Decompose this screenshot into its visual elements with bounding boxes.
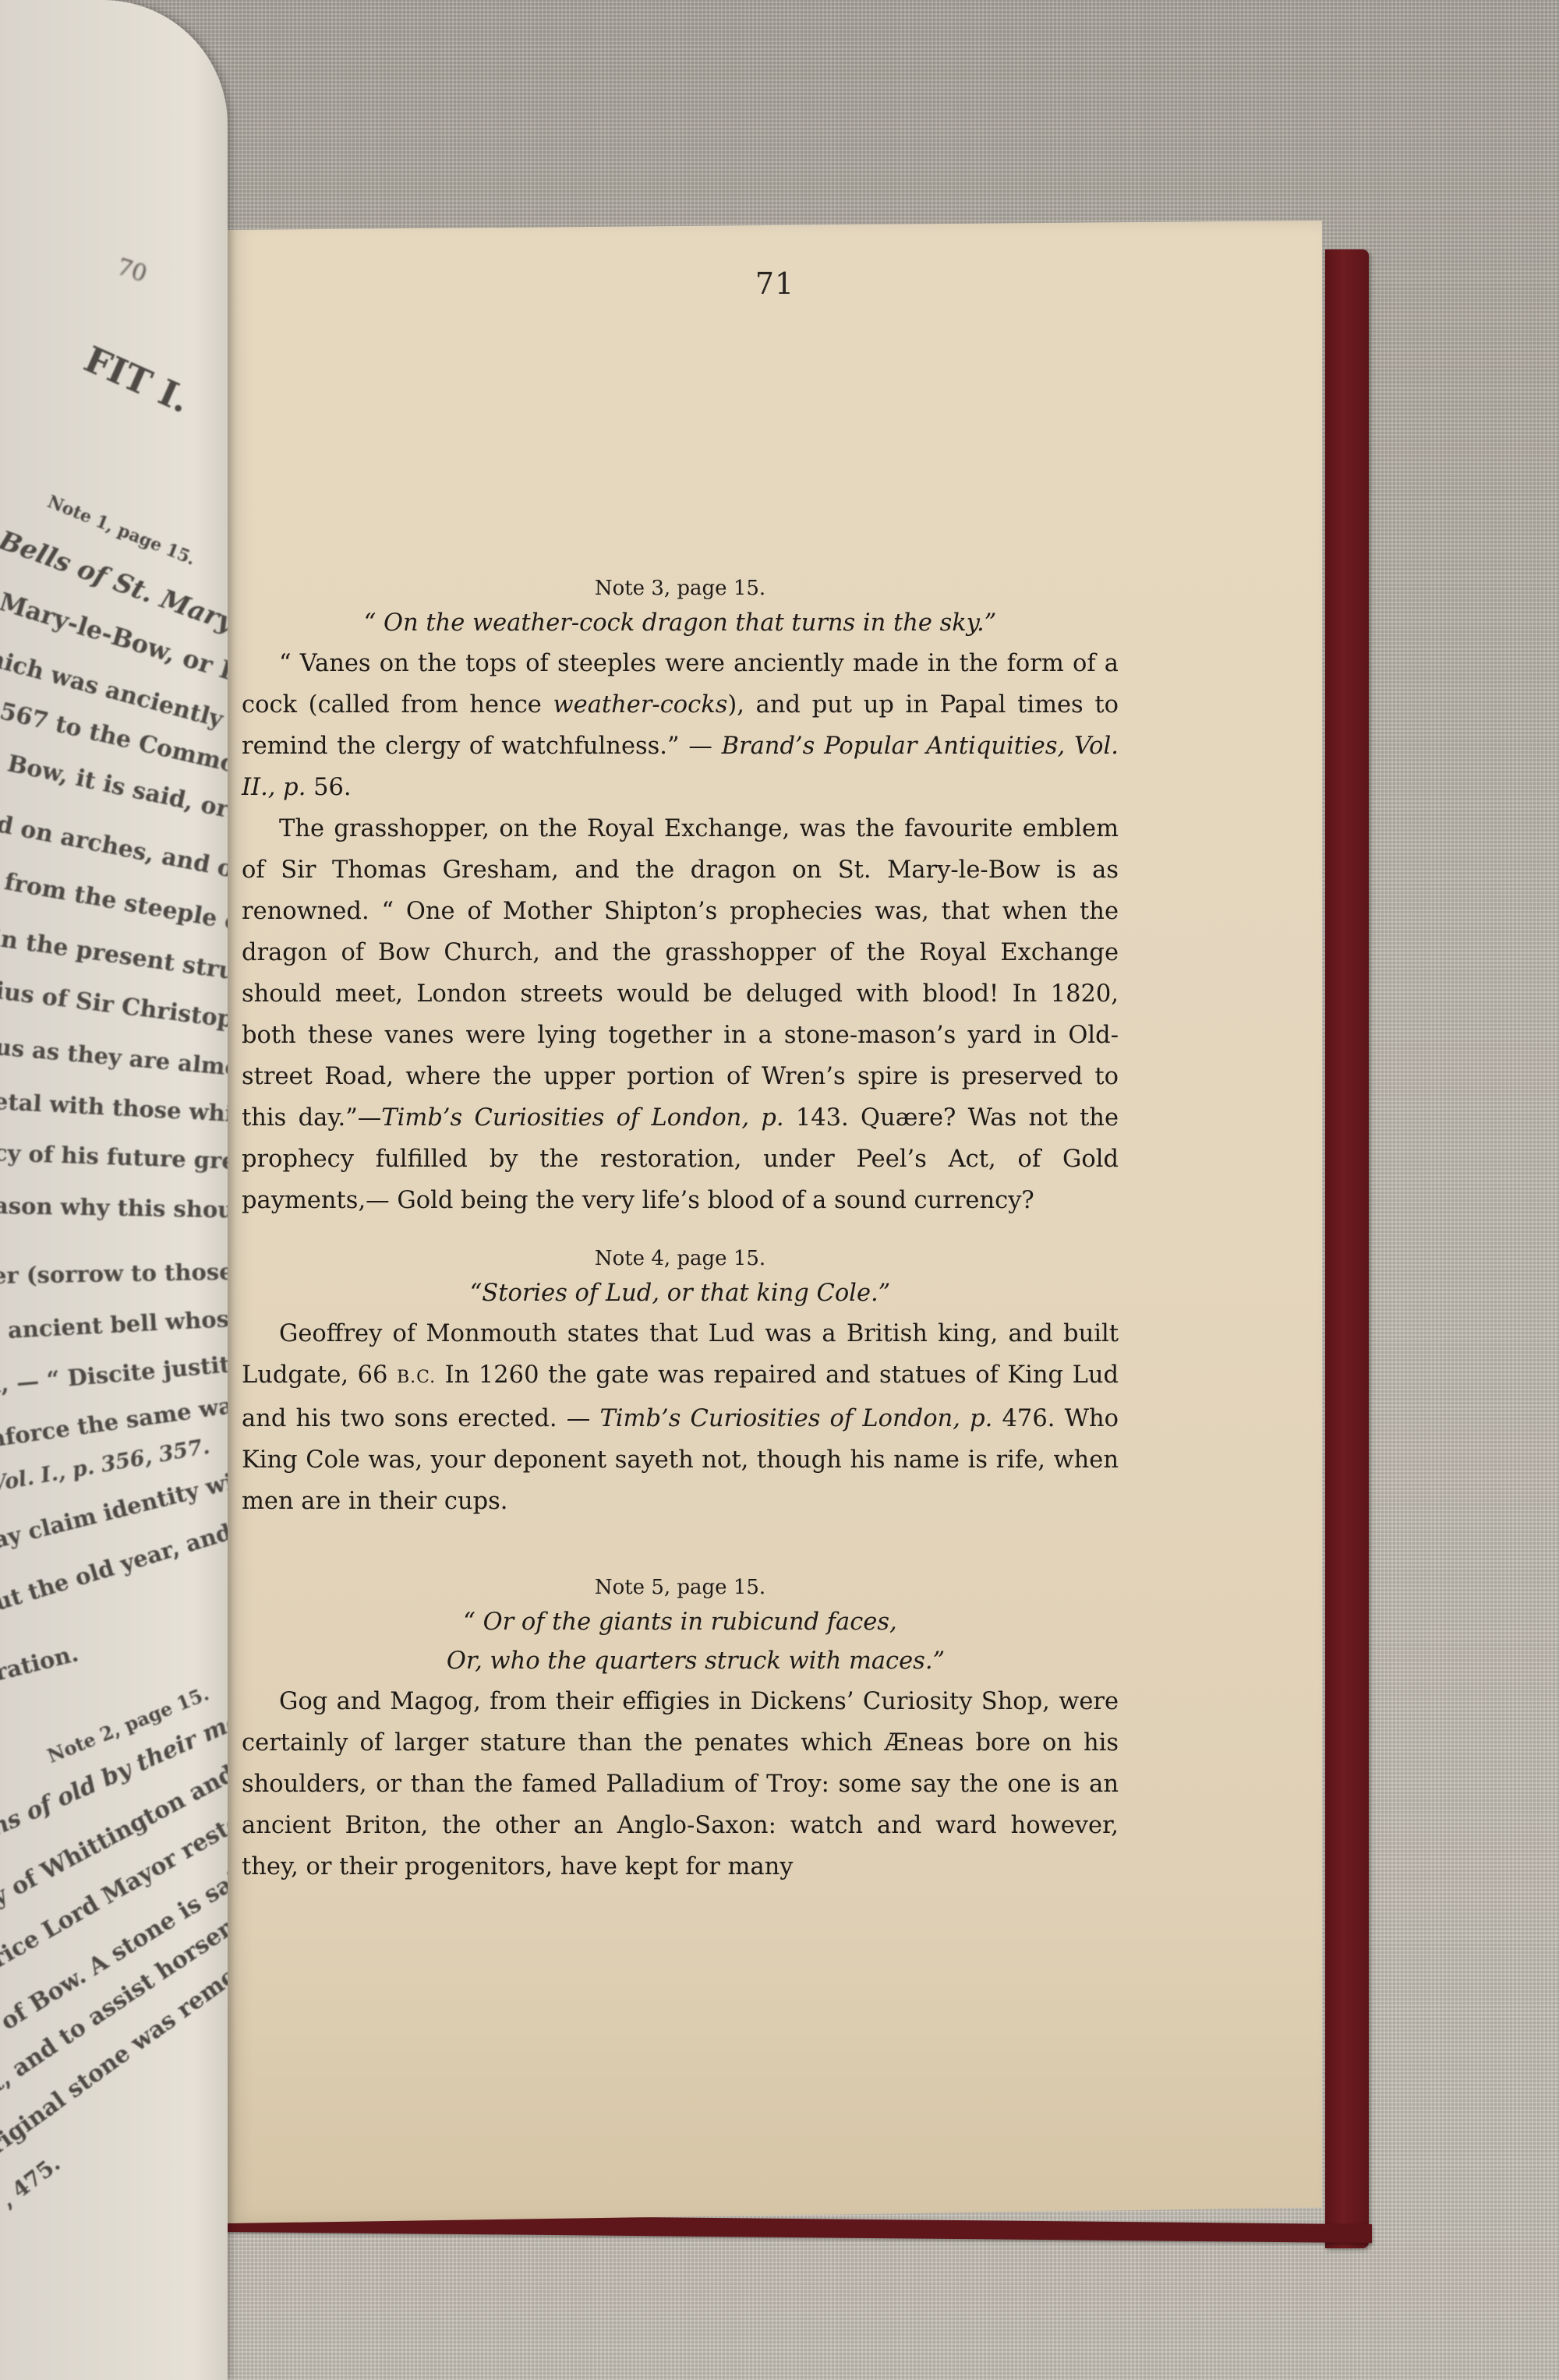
paragraph: “ Vanes on the tops of steeples were anc… <box>242 643 1119 808</box>
note-3: Note 3, page 15. “ On the weather-cock d… <box>242 573 1119 1221</box>
left-page-title: FIT I. <box>78 337 196 421</box>
quote-line: “ Or of the giants in rubicund faces, <box>242 1603 1119 1642</box>
note-4: Note 4, page 15. “Stories of Lud, or tha… <box>242 1243 1119 1522</box>
note-quote: “Stories of Lud, or that king Cole.” <box>242 1274 1119 1313</box>
text-segment: The grasshopper, on the Royal Exchange, … <box>242 815 1119 1132</box>
citation: Timb’s Curiosities of London, p. <box>599 1405 992 1432</box>
left-text-line: , 475. <box>0 2151 65 2213</box>
quote-line: “Stories of Lud, or that king Cole.” <box>242 1274 1119 1313</box>
note-5: Note 5, page 15. “ Or of the giants in r… <box>242 1572 1119 1887</box>
italic-term: weather-cocks <box>553 691 728 719</box>
note-heading: Note 3, page 15. <box>242 573 1119 604</box>
left-text-line: ancient bell whose tones <box>7 1301 228 1344</box>
quote-line: Or, who the quarters struck with maces.” <box>242 1642 1119 1681</box>
left-text-line: l, — “ Discite justitiam mo <box>0 1343 228 1398</box>
left-page: 70 FIT I. Note 1, page 15. Bells of St. … <box>0 0 228 2380</box>
left-text-line: ration. <box>0 1640 81 1686</box>
left-text-line: etal with those which rank <box>0 1088 228 1132</box>
note-quote: “ Or of the giants in rubicund faces, Or… <box>242 1603 1119 1681</box>
left-text-line: ason why this should not <box>0 1192 228 1224</box>
paragraph: Gog and Magog, from their effigies in Di… <box>242 1681 1119 1887</box>
citation: Timb’s Curiosities of London, p. <box>381 1104 783 1132</box>
right-page-number: 71 <box>228 267 1322 301</box>
left-page-number: 70 <box>114 253 150 288</box>
right-page-text: Note 3, page 15. “ On the weather-cock d… <box>242 573 1119 1887</box>
left-text-line: us as they are almost by <box>0 1033 228 1086</box>
note-heading: Note 4, page 15. <box>242 1243 1119 1274</box>
quote-line: “ On the weather-cock dragon that turns … <box>242 604 1119 643</box>
left-text-line: er (sorrow to those who <box>0 1257 228 1289</box>
text-segment: Gog and Magog, from their effigies in Di… <box>242 1688 1119 1880</box>
note-quote: “ On the weather-cock dragon that turns … <box>242 604 1119 643</box>
paragraph: The grasshopper, on the Royal Exchange, … <box>242 808 1119 1221</box>
text-segment: 56. <box>306 774 351 801</box>
paragraph: Geoffrey of Monmouth states that Lud was… <box>242 1313 1119 1522</box>
small-caps-text: B.C. <box>397 1368 436 1387</box>
note-heading: Note 5, page 15. <box>242 1572 1119 1603</box>
book-cover-right-edge <box>1325 249 1369 2248</box>
left-text-line: cy of his future greatness <box>0 1139 228 1177</box>
